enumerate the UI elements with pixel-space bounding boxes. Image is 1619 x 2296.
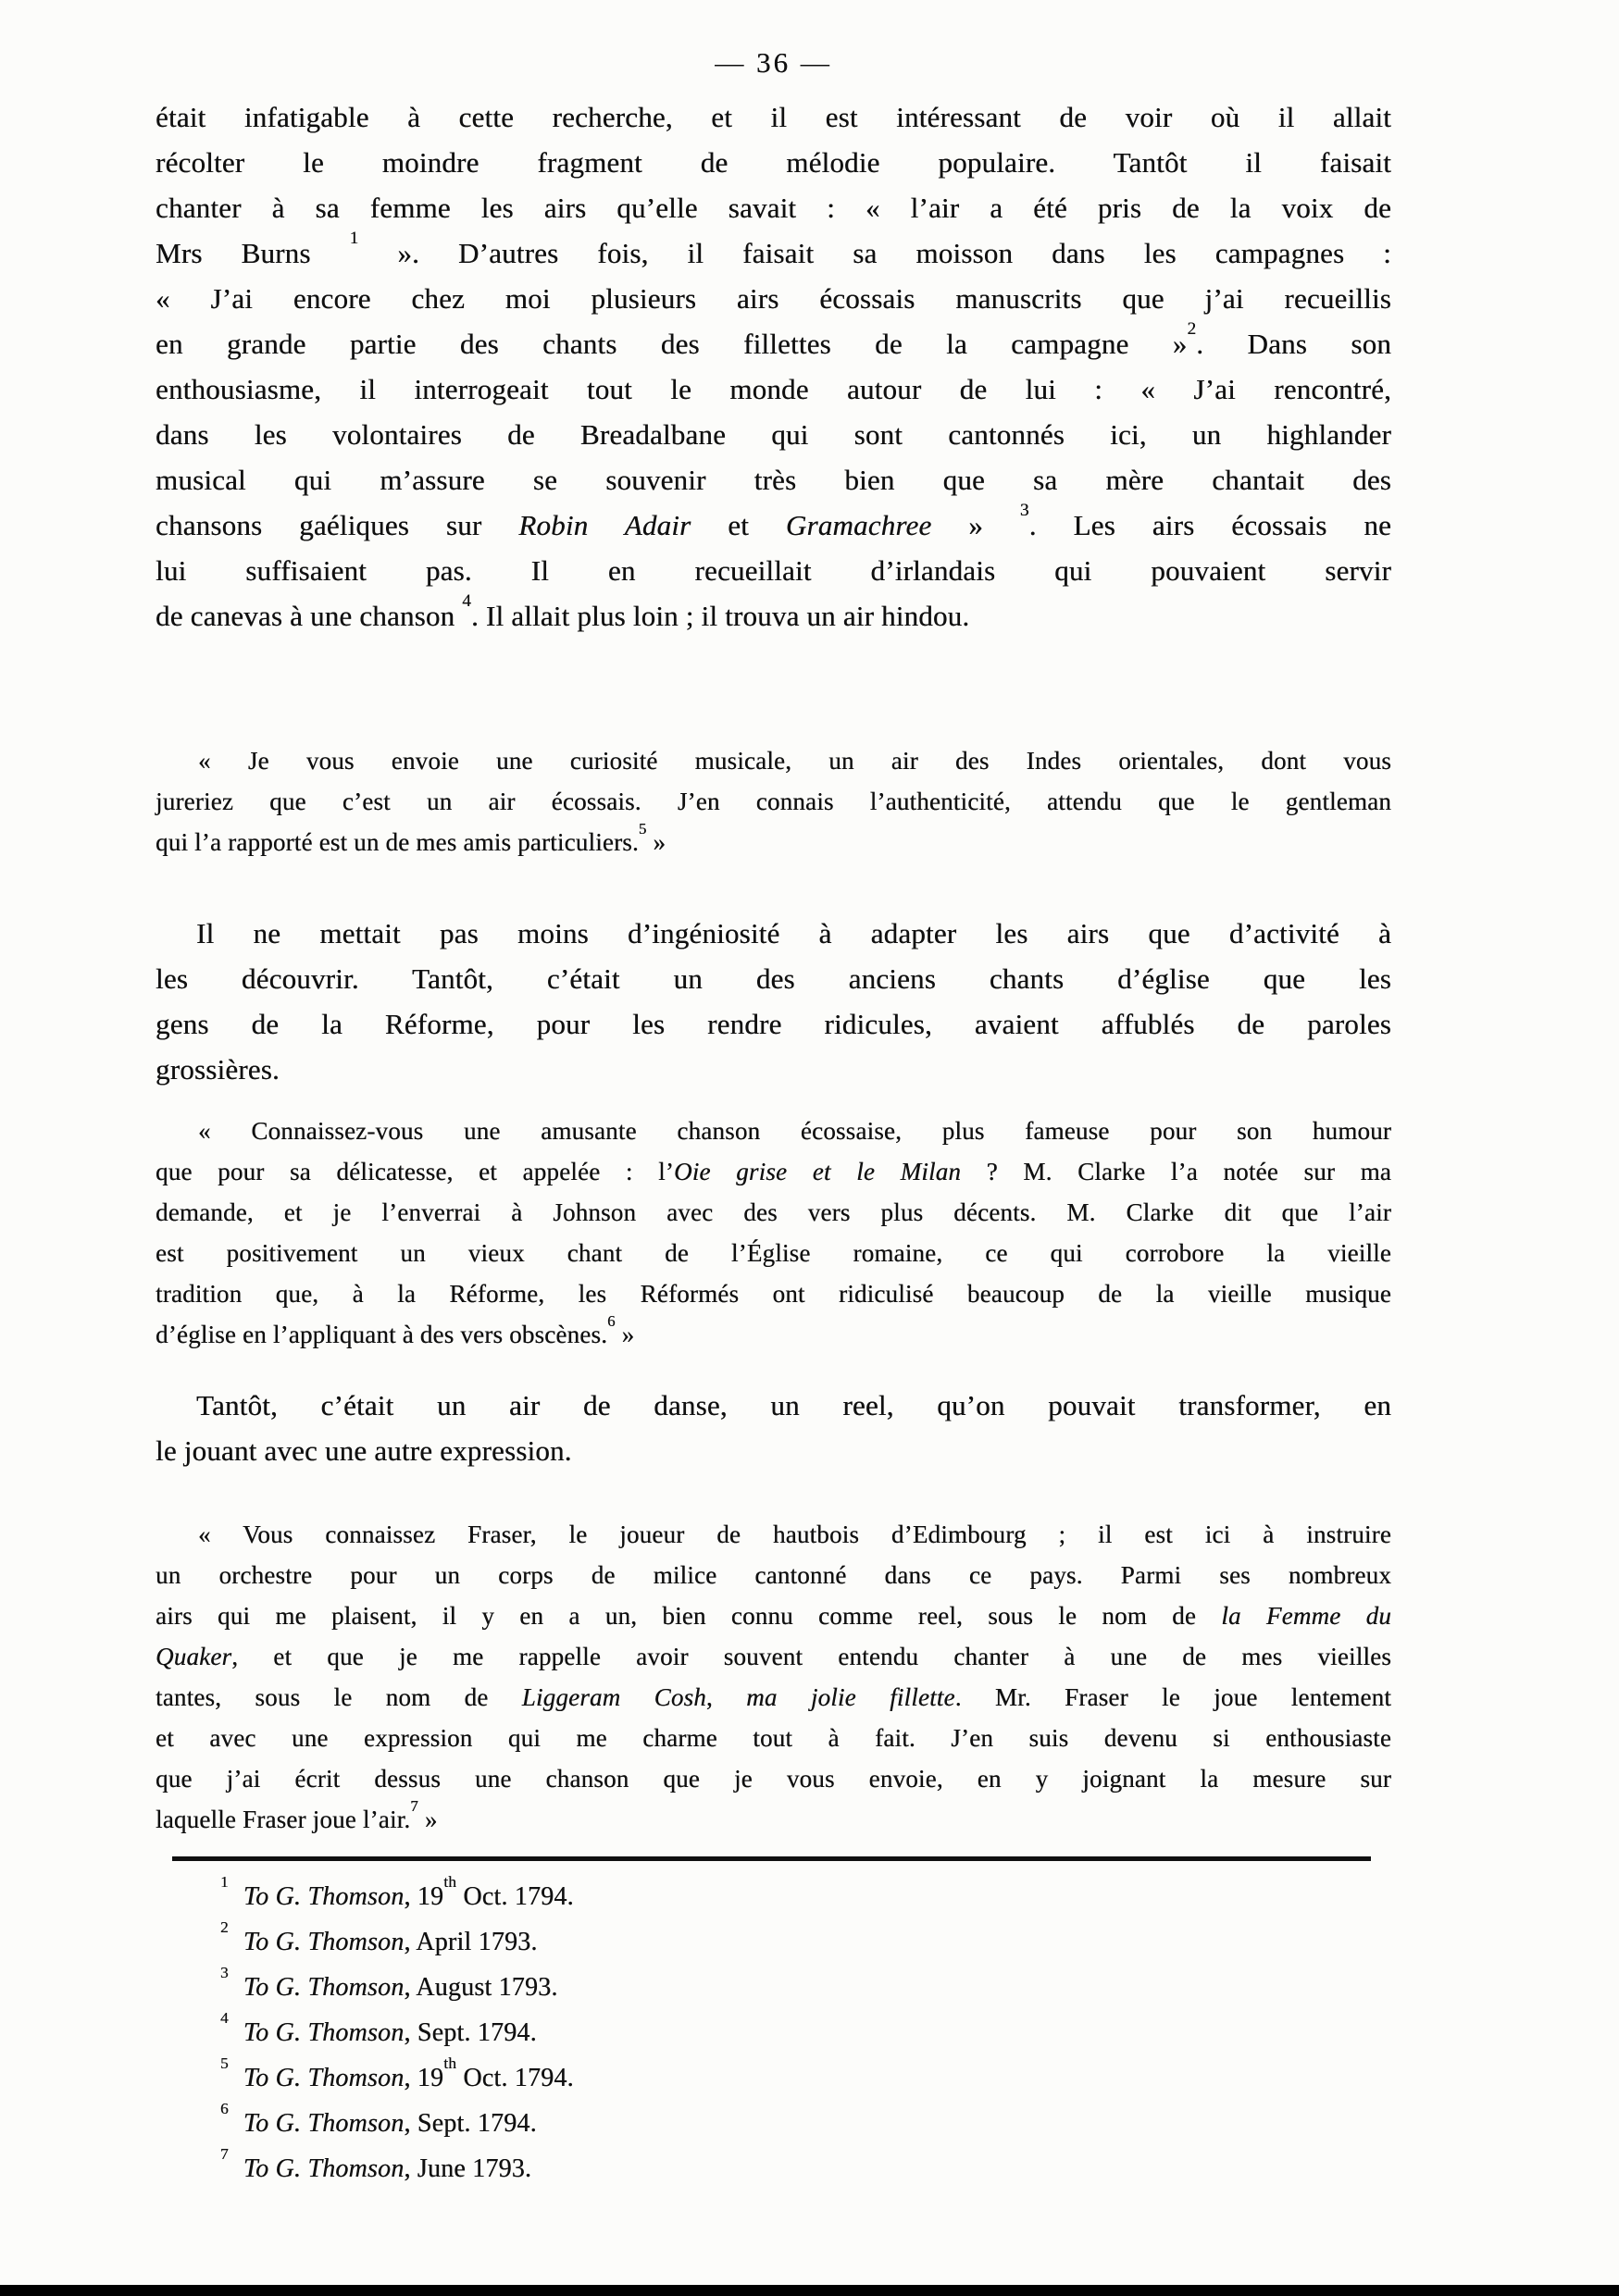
text-segment: » (646, 828, 666, 856)
text-segment: , et que je me rappelle avoir souvent en… (231, 1643, 1391, 1670)
text-segment: To G. Thomson (243, 1882, 405, 1911)
text-line: est positivement un vieux chant de l’Égl… (156, 1233, 1391, 1273)
text-segment: tradition que, à la Réforme, les Réformé… (156, 1280, 1391, 1308)
text-segment: en grande partie des chants des fillette… (156, 328, 1187, 360)
text-line: demande, et je l’enverrai à Johnson avec… (156, 1192, 1391, 1233)
footnote-number: 2 (220, 1918, 229, 1936)
footnote-text: To G. Thomson, April 1793. (243, 1928, 538, 1956)
paragraph-adapting-airs: Il ne mettait pas moins d’ingéniosité à … (156, 911, 1391, 1092)
footnote-text: To G. Thomson, August 1793. (243, 1973, 558, 2002)
text-segment: un orchestre pour un corps de milice can… (156, 1561, 1391, 1589)
text-line: dans les volontaires de Breadalbane qui … (156, 412, 1391, 457)
text-line: chansons gaéliques sur Robin Adair et Gr… (156, 503, 1391, 548)
text-line: qui l’a rapporté est un de mes amis part… (156, 822, 1391, 863)
text-line: enthousiasme, il interrogeait tout le mo… (156, 366, 1391, 412)
text-segment: les découvrir. Tantôt, c’était un des an… (156, 962, 1391, 995)
text-line: airs qui me plaisent, il y en a un, bien… (156, 1595, 1391, 1636)
text-segment: récolter le moindre fragment de mélodie … (156, 146, 1391, 179)
text-line: était infatigable à cette recherche, et … (156, 94, 1391, 140)
blockquote-indian-air: « Je vous envoie une curiosité musicale,… (156, 740, 1391, 863)
footnote-2: 2To G. Thomson, April 1793. (220, 1919, 1391, 1965)
text-line: Il ne mettait pas moins d’ingéniosité à … (156, 911, 1391, 956)
footnote-ref: th (443, 2054, 456, 2072)
text-line: récolter le moindre fragment de mélodie … (156, 140, 1391, 185)
text-segment: , (706, 1683, 746, 1711)
text-segment: , April 1793. (404, 1928, 537, 1956)
text-line: tradition que, à la Réforme, les Réformé… (156, 1273, 1391, 1314)
text-segment: « Connaissez-vous une amusante chanson é… (198, 1117, 1391, 1145)
footnote-6: 6To G. Thomson, Sept. 1794. (220, 2101, 1391, 2146)
text-segment: airs qui me plaisent, il y en a un, bien… (156, 1602, 1221, 1630)
text-segment: Oct. 1794. (456, 2064, 574, 2092)
text-segment: Oct. 1794. (456, 1882, 574, 1911)
text-segment: . Mr. Fraser le joue lentement (955, 1683, 1391, 1711)
text-segment: Liggeram Cosh (522, 1683, 706, 1711)
text-line: « Vous connaissez Fraser, le joueur de h… (156, 1514, 1391, 1555)
text-segment: Mrs Burns (156, 237, 350, 269)
footnote-1: 1To G. Thomson, 19th Oct. 1794. (220, 1874, 1391, 1919)
text-line: d’église en l’appliquant à des vers obsc… (156, 1314, 1391, 1355)
footnote-ref: th (443, 1873, 456, 1891)
text-segment: . Dans son (1196, 328, 1391, 360)
text-line: le jouant avec une autre expression. (156, 1428, 1391, 1473)
text-segment: musical qui m’assure se souvenir très bi… (156, 464, 1391, 496)
text-segment: , 19 (404, 2064, 443, 2092)
text-segment: tantes, sous le nom de (156, 1683, 522, 1711)
text-segment: , August 1793. (404, 1973, 557, 2002)
text-segment: . Il allait plus loin ; il trouva un air… (471, 600, 969, 632)
footnote-3: 3To G. Thomson, August 1793. (220, 1965, 1391, 2010)
text-segment: » (931, 509, 1020, 541)
text-line: les découvrir. Tantôt, c’était un des an… (156, 956, 1391, 1001)
text-segment: le jouant avec une autre expression. (156, 1434, 572, 1467)
footnote-ref: 3 (1020, 501, 1029, 520)
text-line: Quaker, et que je me rappelle avoir souv… (156, 1636, 1391, 1677)
footnote-number: 3 (220, 1964, 229, 1981)
text-segment: jureriez que c’est un air écossais. J’en… (156, 788, 1391, 815)
text-segment: , Sept. 1794. (404, 2018, 536, 2047)
text-segment: chansons gaéliques sur (156, 509, 518, 541)
text-line: « Connaissez-vous une amusante chanson é… (156, 1111, 1391, 1151)
text-segment: ? M. Clarke l’a notée sur ma (961, 1158, 1391, 1185)
text-segment: de canevas à une chanson (156, 600, 462, 632)
text-segment: est positivement un vieux chant de l’Égl… (156, 1239, 1391, 1267)
text-segment: et (691, 509, 786, 541)
text-segment: Oie grise et le Milan (674, 1158, 961, 1185)
text-segment: , June 1793. (404, 2154, 531, 2183)
text-segment: enthousiasme, il interrogeait tout le mo… (156, 373, 1391, 405)
text-segment: . Les airs écossais ne (1029, 509, 1391, 541)
text-segment: « Je vous envoie une curiosité musicale,… (198, 747, 1391, 775)
footnote-separator-rule (172, 1856, 1371, 1861)
footnote-text: To G. Thomson, June 1793. (243, 2154, 531, 2183)
text-line: laquelle Fraser joue l’air.7 » (156, 1799, 1391, 1840)
paragraph-dance-reel: Tantôt, c’était un air de danse, un reel… (156, 1383, 1391, 1473)
blockquote-fraser-oboist: « Vous connaissez Fraser, le joueur de h… (156, 1514, 1391, 1840)
text-segment: qui l’a rapporté est un de mes amis part… (156, 828, 639, 856)
text-segment: To G. Thomson (243, 1928, 405, 1956)
text-segment: Gramachree (786, 509, 932, 541)
text-segment: » (616, 1321, 635, 1348)
text-segment: Il ne mettait pas moins d’ingéniosité à … (196, 917, 1391, 949)
text-line: Mrs Burns 1 ». D’autres fois, il faisait… (156, 230, 1391, 276)
text-segment: que j’ai écrit dessus une chanson que je… (156, 1765, 1391, 1793)
text-segment: Tantôt, c’était un air de danse, un reel… (196, 1389, 1391, 1421)
text-segment: ma jolie fillette (746, 1683, 955, 1711)
text-segment: To G. Thomson (243, 1973, 405, 2002)
footnote-ref: 5 (639, 820, 647, 838)
text-segment: « J’ai encore chez moi plusieurs airs éc… (156, 282, 1391, 315)
text-line: tantes, sous le nom de Liggeram Cosh, ma… (156, 1677, 1391, 1718)
text-segment: était infatigable à cette recherche, et … (156, 101, 1391, 133)
blockquote-grey-goose-milan: « Connaissez-vous une amusante chanson é… (156, 1111, 1391, 1355)
text-line: que j’ai écrit dessus une chanson que je… (156, 1758, 1391, 1799)
text-segment: grossières. (156, 1053, 280, 1086)
text-segment: d’église en l’appliquant à des vers obsc… (156, 1321, 607, 1348)
text-line: gens de la Réforme, pour les rendre ridi… (156, 1001, 1391, 1047)
text-segment: » (418, 1806, 438, 1833)
footnote-ref: 6 (607, 1312, 616, 1330)
text-line: « Je vous envoie une curiosité musicale,… (156, 740, 1391, 781)
footnote-text: To G. Thomson, 19th Oct. 1794. (243, 1882, 574, 1911)
text-line: lui suffisaient pas. Il en recueillait d… (156, 548, 1391, 593)
scanned-book-page: — 36 — était infatigable à cette recherc… (0, 0, 1619, 2296)
text-segment: To G. Thomson (243, 2109, 405, 2138)
scan-bottom-edge (0, 2285, 1619, 2296)
text-segment: , 19 (404, 1882, 443, 1911)
text-segment: et avec une expression qui me charme tou… (156, 1724, 1391, 1752)
text-segment: que pour sa délicatesse, et appelée : l’ (156, 1158, 674, 1185)
text-line: jureriez que c’est un air écossais. J’en… (156, 781, 1391, 822)
footnote-text: To G. Thomson, Sept. 1794. (243, 2109, 537, 2138)
text-line: de canevas à une chanson 4. Il allait pl… (156, 593, 1391, 639)
text-segment: gens de la Réforme, pour les rendre ridi… (156, 1008, 1391, 1040)
footnotes-section: 1To G. Thomson, 19th Oct. 1794. 2To G. T… (156, 1874, 1391, 2191)
footnote-text: To G. Thomson, Sept. 1794. (243, 2018, 537, 2047)
text-line: chanter à sa femme les airs qu’elle sava… (156, 185, 1391, 230)
footnote-ref: 2 (1187, 319, 1196, 339)
text-line: Tantôt, c’était un air de danse, un reel… (156, 1383, 1391, 1428)
text-segment: chanter à sa femme les airs qu’elle sava… (156, 192, 1391, 224)
footnote-7: 7To G. Thomson, June 1793. (220, 2146, 1391, 2191)
text-segment: dans les volontaires de Breadalbane qui … (156, 418, 1391, 451)
text-segment: To G. Thomson (243, 2018, 405, 2047)
text-segment: ». D’autres fois, il faisait sa moisson … (358, 237, 1391, 269)
footnote-ref: 4 (462, 591, 471, 611)
footnote-ref: 1 (350, 229, 359, 248)
paragraph-melody-collecting: était infatigable à cette recherche, et … (156, 94, 1391, 639)
text-segment: Robin Adair (518, 509, 691, 541)
text-line: « J’ai encore chez moi plusieurs airs éc… (156, 276, 1391, 321)
footnote-number: 7 (220, 2145, 229, 2163)
footnote-number: 1 (220, 1873, 229, 1891)
footnote-number: 4 (220, 2009, 229, 2027)
text-segment: demande, et je l’enverrai à Johnson avec… (156, 1198, 1391, 1226)
text-segment: To G. Thomson (243, 2154, 405, 2183)
text-line: un orchestre pour un corps de milice can… (156, 1555, 1391, 1595)
text-line: et avec une expression qui me charme tou… (156, 1718, 1391, 1758)
text-segment: laquelle Fraser joue l’air. (156, 1806, 410, 1833)
text-segment: Quaker (156, 1643, 231, 1670)
text-line: que pour sa délicatesse, et appelée : l’… (156, 1151, 1391, 1192)
footnote-number: 5 (220, 2054, 229, 2072)
text-segment: , Sept. 1794. (404, 2109, 536, 2138)
page-content: — 36 — était infatigable à cette recherc… (156, 46, 1391, 2191)
text-line: grossières. (156, 1047, 1391, 1092)
footnote-4: 4To G. Thomson, Sept. 1794. (220, 2010, 1391, 2055)
page-number: — 36 — (156, 46, 1391, 80)
footnote-ref: 7 (410, 1797, 418, 1815)
text-segment: « Vous connaissez Fraser, le joueur de h… (198, 1520, 1391, 1548)
text-line: musical qui m’assure se souvenir très bi… (156, 457, 1391, 503)
footnote-number: 6 (220, 2100, 229, 2117)
text-segment: lui suffisaient pas. Il en recueillait d… (156, 554, 1391, 587)
text-segment: la Femme du (1221, 1602, 1391, 1630)
footnote-5: 5To G. Thomson, 19th Oct. 1794. (220, 2055, 1391, 2101)
text-line: en grande partie des chants des fillette… (156, 321, 1391, 366)
footnote-text: To G. Thomson, 19th Oct. 1794. (243, 2064, 574, 2092)
text-segment: To G. Thomson (243, 2064, 405, 2092)
